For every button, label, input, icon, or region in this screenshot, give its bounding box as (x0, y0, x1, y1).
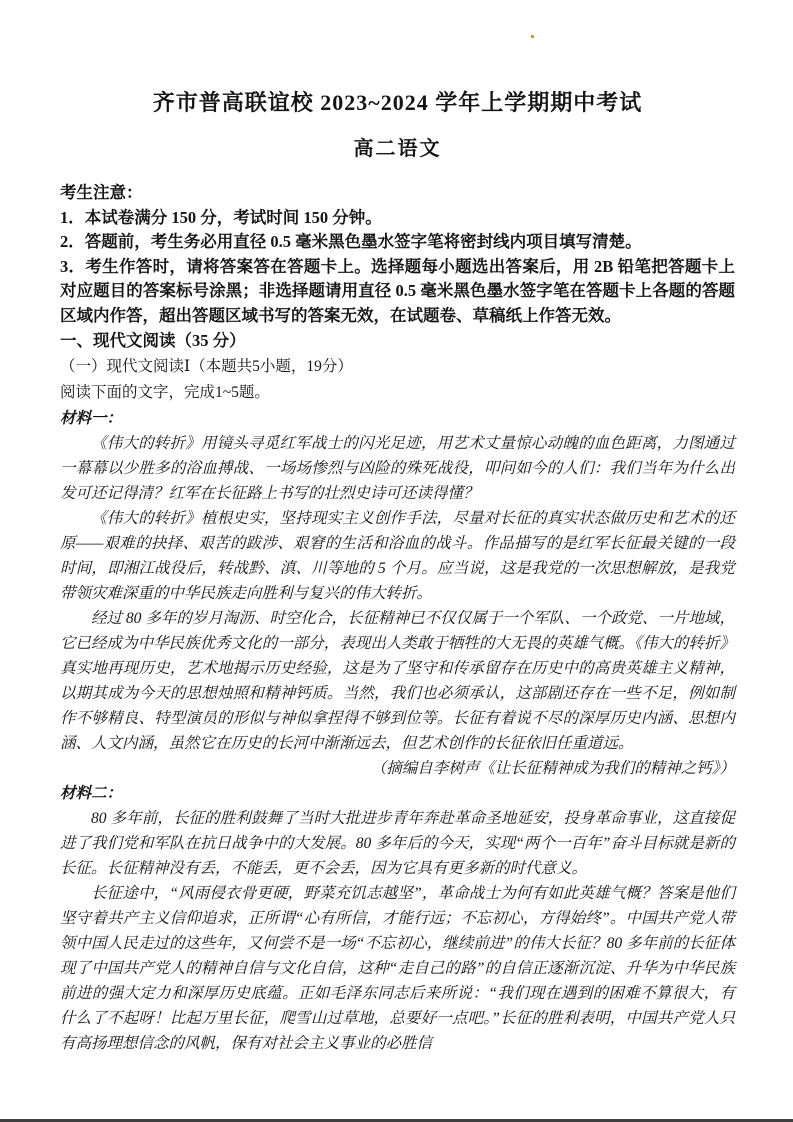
subsection-heading: （一）现代文阅读Ⅰ（本题共5小题，19分） (60, 354, 735, 380)
section-heading: 一、现代文阅读（35 分） (60, 328, 735, 354)
notice-section: 考生注意： 1．本试卷满分 150 分，考试时间 150 分钟。 2．答题前，考… (60, 181, 735, 328)
speck-artifact (531, 35, 534, 38)
material-one-paragraph-3: 经过 80 多年的岁月淘沥、时空化合，长征精神已不仅仅属于一个军队、一个政党、一… (60, 606, 735, 756)
notice-item-3: 3．考生作答时，请将答案答在答题卡上。选择题每小题选出答案后，用 2B 铅笔把答… (60, 255, 735, 329)
material-one-attribution: （摘编自李树声《让长征精神成为我们的精神之钙》） (60, 756, 735, 781)
notice-label: 考生注意： (60, 181, 735, 206)
material-two-label: 材料二： (60, 781, 735, 806)
reading-instruction: 阅读下面的文字，完成1~5题。 (60, 380, 735, 406)
material-one-paragraph-2: 《伟大的转折》植根史实，坚持现实主义创作手法，尽量对长征的真实状态做历史和艺术的… (60, 506, 735, 606)
page-subtitle: 高二语文 (60, 132, 735, 161)
exam-page: 齐市普高联谊校 2023~2024 学年上学期期中考试 高二语文 考生注意： 1… (0, 0, 793, 1122)
material-one: 材料一： 《伟大的转折》用镜头寻觅红军战士的闪光足迹，用艺术丈量惊心动魄的血色距… (60, 406, 735, 781)
material-two: 材料二： 80 多年前，长征的胜利鼓舞了当时大批进步青年奔赴革命圣地延安，投身革… (60, 781, 735, 1056)
notice-item-2: 2．答题前，考生务必用直径 0.5 毫米黑色墨水签字笔将密封线内项目填写清楚。 (60, 230, 735, 255)
material-two-paragraph-2: 长征途中，“风雨侵衣骨更硬，野菜充饥志越坚”，革命战士为何有如此英雄气概？答案是… (60, 881, 735, 1056)
page-content: 齐市普高联谊校 2023~2024 学年上学期期中考试 高二语文 考生注意： 1… (0, 0, 793, 1056)
page-title: 齐市普高联谊校 2023~2024 学年上学期期中考试 (60, 86, 735, 117)
material-one-label: 材料一： (60, 406, 735, 431)
notice-item-1: 1．本试卷满分 150 分，考试时间 150 分钟。 (60, 206, 735, 231)
material-one-paragraph-1: 《伟大的转折》用镜头寻觅红军战士的闪光足迹，用艺术丈量惊心动魄的血色距离，力图通… (60, 431, 735, 506)
section-modern-reading: 一、现代文阅读（35 分） （一）现代文阅读Ⅰ（本题共5小题，19分） 阅读下面… (60, 328, 735, 406)
material-two-paragraph-1: 80 多年前，长征的胜利鼓舞了当时大批进步青年奔赴革命圣地延安，投身革命事业，这… (60, 806, 735, 881)
